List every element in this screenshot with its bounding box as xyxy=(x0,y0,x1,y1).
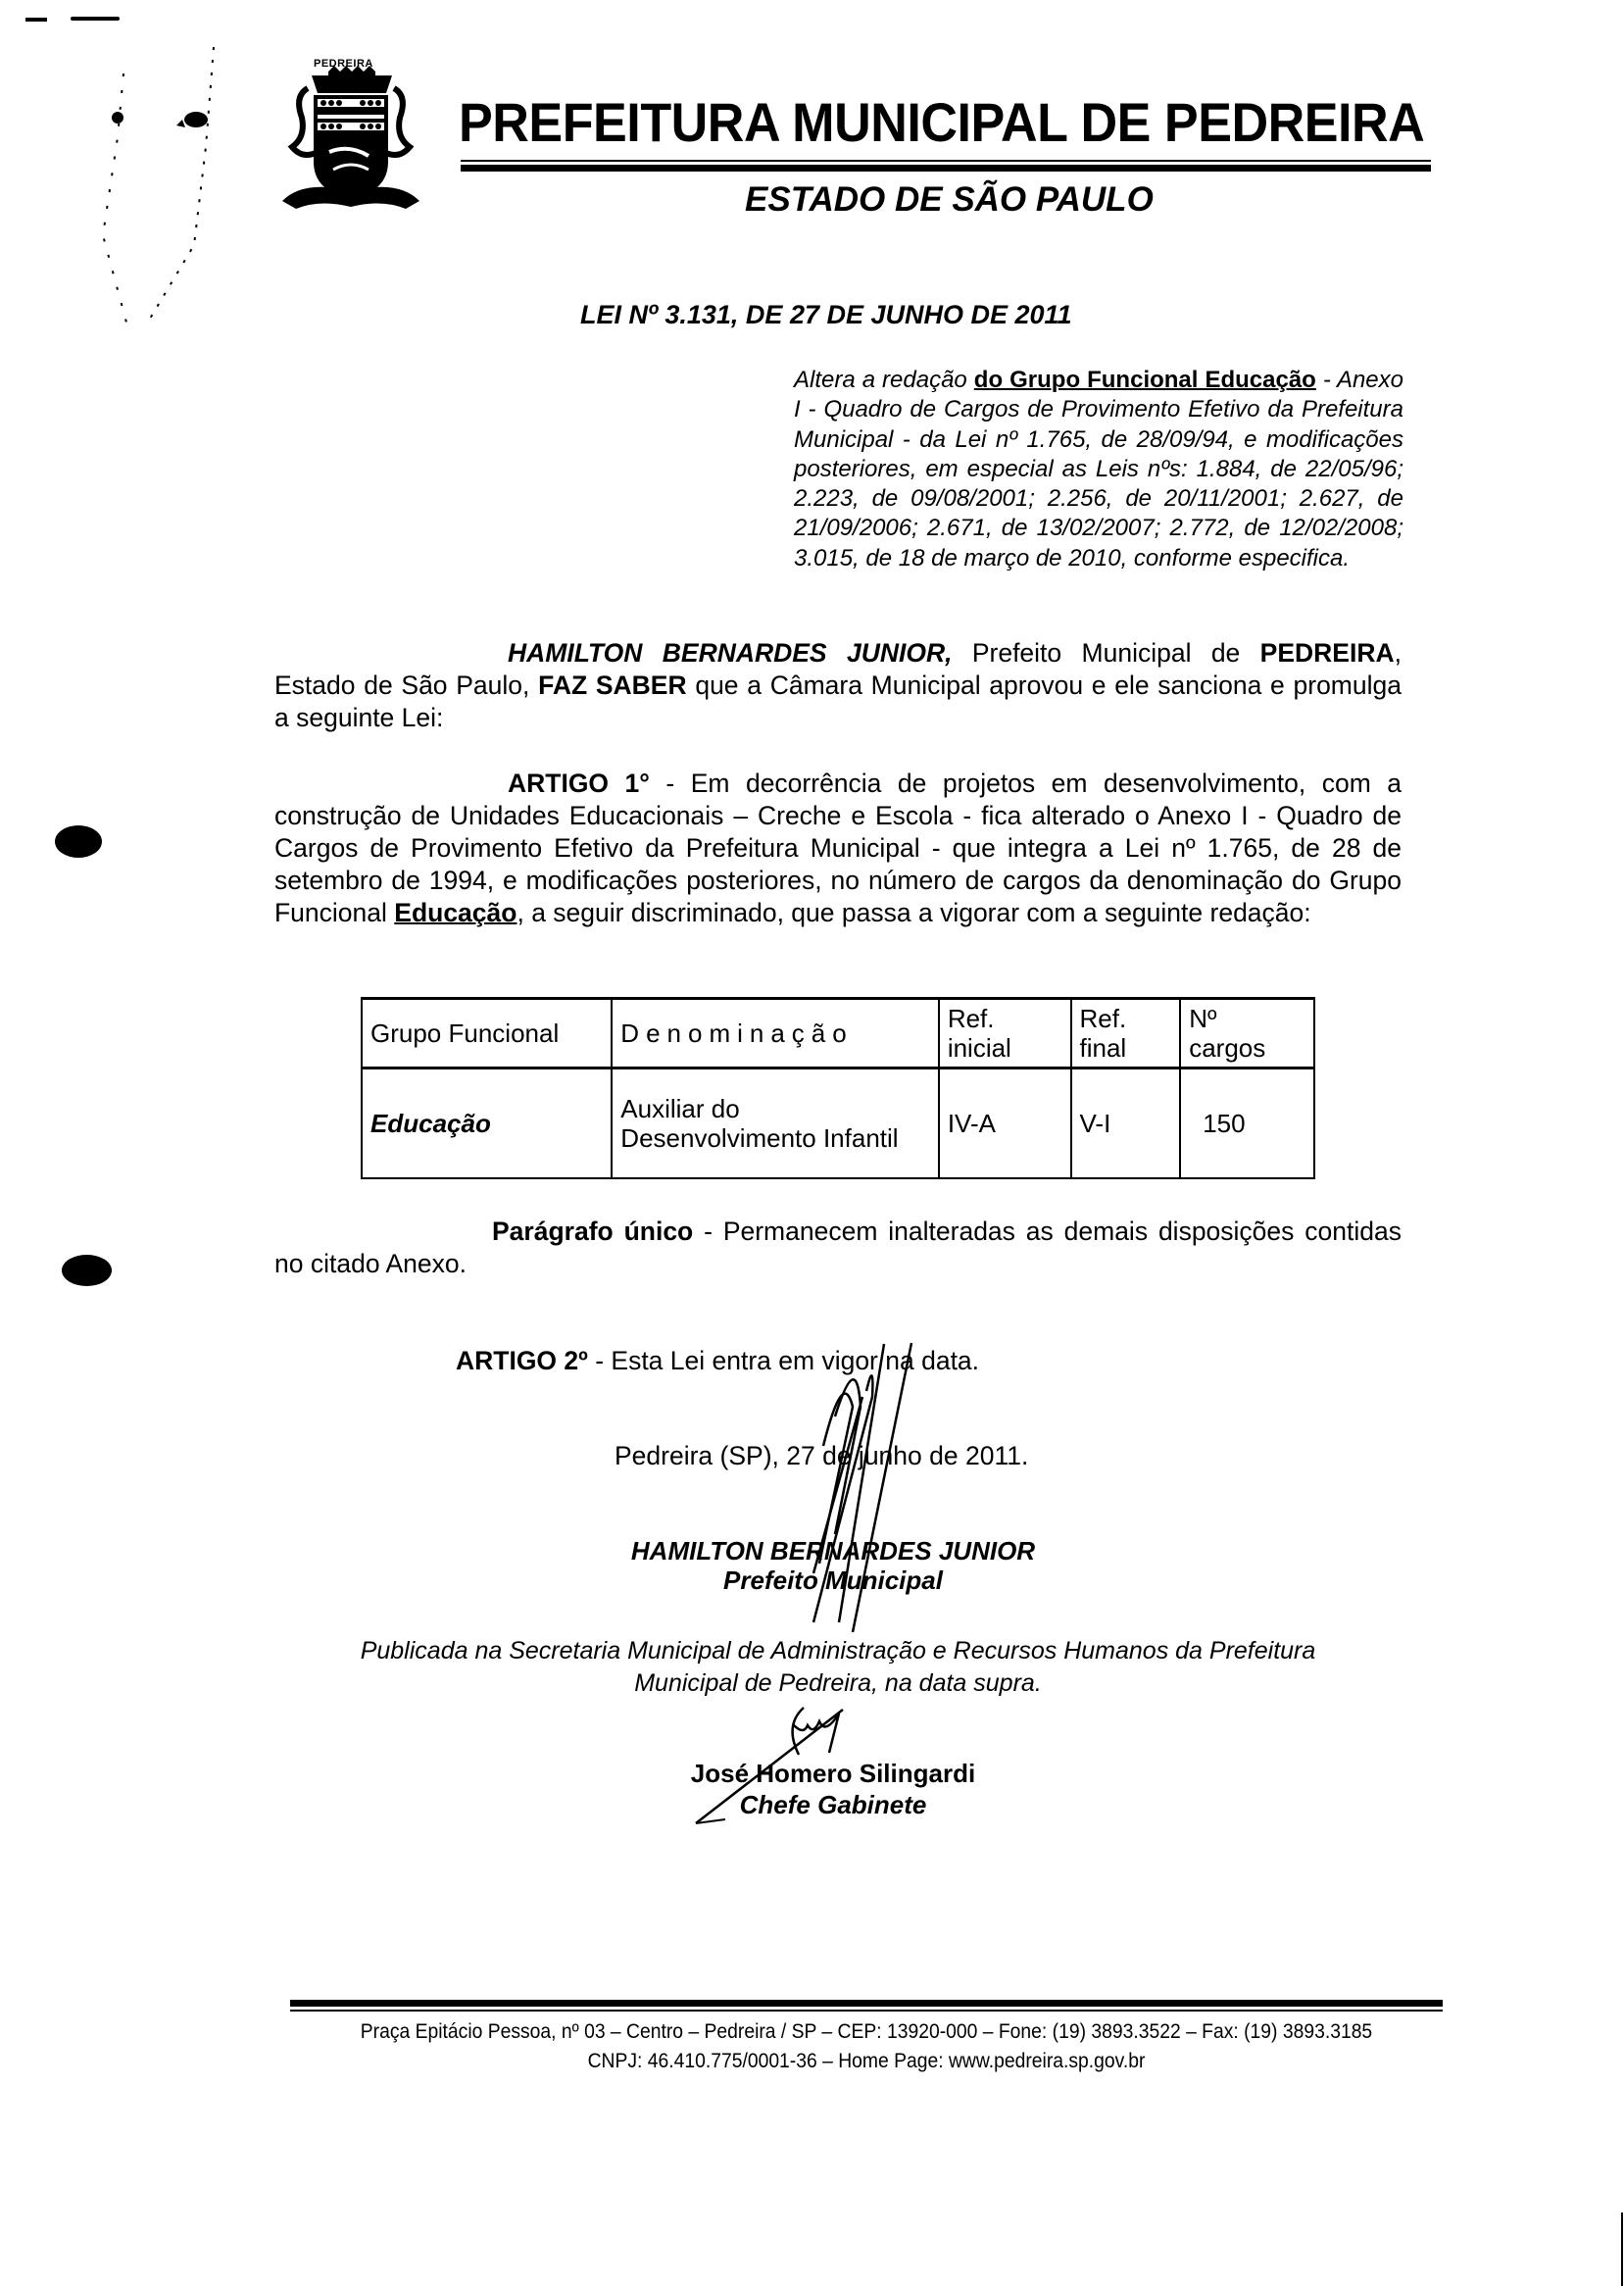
footer-contact: Praça Epitácio Pessoa, nº 03 – Centro – … xyxy=(336,2017,1397,2076)
artigo-1-label: ARTIGO 1° xyxy=(508,769,650,798)
header-subtitle: ESTADO DE SÃO PAULO xyxy=(745,180,1154,220)
coat-of-arms-icon xyxy=(274,54,426,211)
header-line: cargos xyxy=(1189,1033,1305,1063)
crest-label: PEDREIRA xyxy=(314,58,373,70)
header-line: Ref. xyxy=(1080,1004,1172,1033)
paragrafo-unico-text: - Permanecem inalteradas as demais dispo… xyxy=(274,1217,1402,1278)
cell-ref-final: V-I xyxy=(1071,1068,1181,1179)
header-line: final xyxy=(1080,1033,1172,1063)
header-n-cargos: Nºcargos xyxy=(1180,999,1314,1068)
faz-saber: FAZ SABER xyxy=(538,671,687,700)
mayor-signature-icon xyxy=(745,1338,1019,1632)
header-line: inicial xyxy=(948,1033,1062,1063)
mayor-name: HAMILTON BERNARDES JUNIOR, xyxy=(508,638,952,668)
punch-hole xyxy=(62,1255,112,1286)
header-divider xyxy=(461,165,1431,172)
header-ref-final: Ref.final xyxy=(1071,999,1181,1068)
artigo-1-paragraph: ARTIGO 1° - Em decorrência de projetos e… xyxy=(274,768,1402,929)
header-ref-inicial: Ref.inicial xyxy=(939,999,1071,1068)
city-name: PEDREIRA xyxy=(1260,638,1395,668)
scan-mark-top xyxy=(25,18,47,22)
preamble-paragraph: HAMILTON BERNARDES JUNIOR, Prefeito Muni… xyxy=(274,637,1402,734)
header-grupo-funcional: Grupo Funcional xyxy=(362,999,612,1068)
header-divider xyxy=(461,160,1431,162)
punch-hole xyxy=(55,825,102,858)
cell-line: Desenvolvimento Infantil xyxy=(620,1123,930,1153)
footer-divider xyxy=(290,2000,1443,2007)
footer-address: Praça Epitácio Pessoa, nº 03 – Centro – … xyxy=(336,2017,1397,2047)
cell-line: Auxiliar do xyxy=(620,1094,930,1123)
artigo-1-highlight: Educação xyxy=(394,898,517,927)
artigo-2-label: ARTIGO 2º xyxy=(456,1346,588,1375)
law-ementa: Altera a redação do Grupo Funcional Educ… xyxy=(794,366,1403,573)
table-header-row: Grupo Funcional Denominação Ref.inicial … xyxy=(362,999,1314,1068)
cell-ref-inicial: IV-A xyxy=(939,1068,1071,1179)
paragrafo-unico: Parágrafo único - Permanecem inalteradas… xyxy=(274,1216,1402,1280)
municipal-crest-logo: PEDREIRA xyxy=(274,54,426,211)
header-title: PREFEITURA MUNICIPAL DE PEDREIRA xyxy=(459,90,1424,154)
header-line: Nº xyxy=(1189,1004,1305,1033)
ementa-highlight: do Grupo Funcional Educação xyxy=(974,367,1316,393)
ementa-text: - Anexo I - Quadro de Cargos de Provimen… xyxy=(794,367,1403,571)
margin-staple-marks xyxy=(78,39,225,333)
cell-n-cargos: 150 xyxy=(1180,1068,1314,1179)
footer-cnpj-site: CNPJ: 46.410.775/0001-36 – Home Page: ww… xyxy=(336,2047,1397,2076)
scan-edge-mark xyxy=(1621,2212,1623,2286)
chefe-signer-name: José Homero Silingardi xyxy=(588,1758,1078,1789)
chefe-signer-title: Chefe Gabinete xyxy=(588,1789,1078,1820)
header-denominacao: Denominação xyxy=(612,999,939,1068)
artigo-1-text: , a seguir discriminado, que passa a vig… xyxy=(517,898,1310,927)
law-title: LEI Nº 3.131, DE 27 DE JUNHO DE 2011 xyxy=(580,300,1072,330)
preamble-text: Prefeito Municipal de xyxy=(952,638,1259,668)
chefe-signature-block: José Homero Silingardi Chefe Gabinete xyxy=(588,1758,1078,1820)
ementa-prefix: Altera a redação xyxy=(794,367,974,393)
scan-mark-top xyxy=(71,17,120,21)
footer-divider xyxy=(290,2010,1443,2012)
cell-denominacao: Auxiliar doDesenvolvimento Infantil xyxy=(612,1068,939,1179)
publication-note: Publicada na Secretaria Municipal de Adm… xyxy=(274,1635,1402,1700)
cell-grupo: Educação xyxy=(362,1068,612,1179)
publication-line: Publicada na Secretaria Municipal de Adm… xyxy=(274,1635,1402,1667)
header-line: Ref. xyxy=(948,1004,1062,1033)
table-row: Educação Auxiliar doDesenvolvimento Infa… xyxy=(362,1068,1314,1179)
cargos-table: Grupo Funcional Denominação Ref.inicial … xyxy=(361,997,1315,1179)
paragrafo-unico-label: Parágrafo único xyxy=(492,1217,693,1246)
